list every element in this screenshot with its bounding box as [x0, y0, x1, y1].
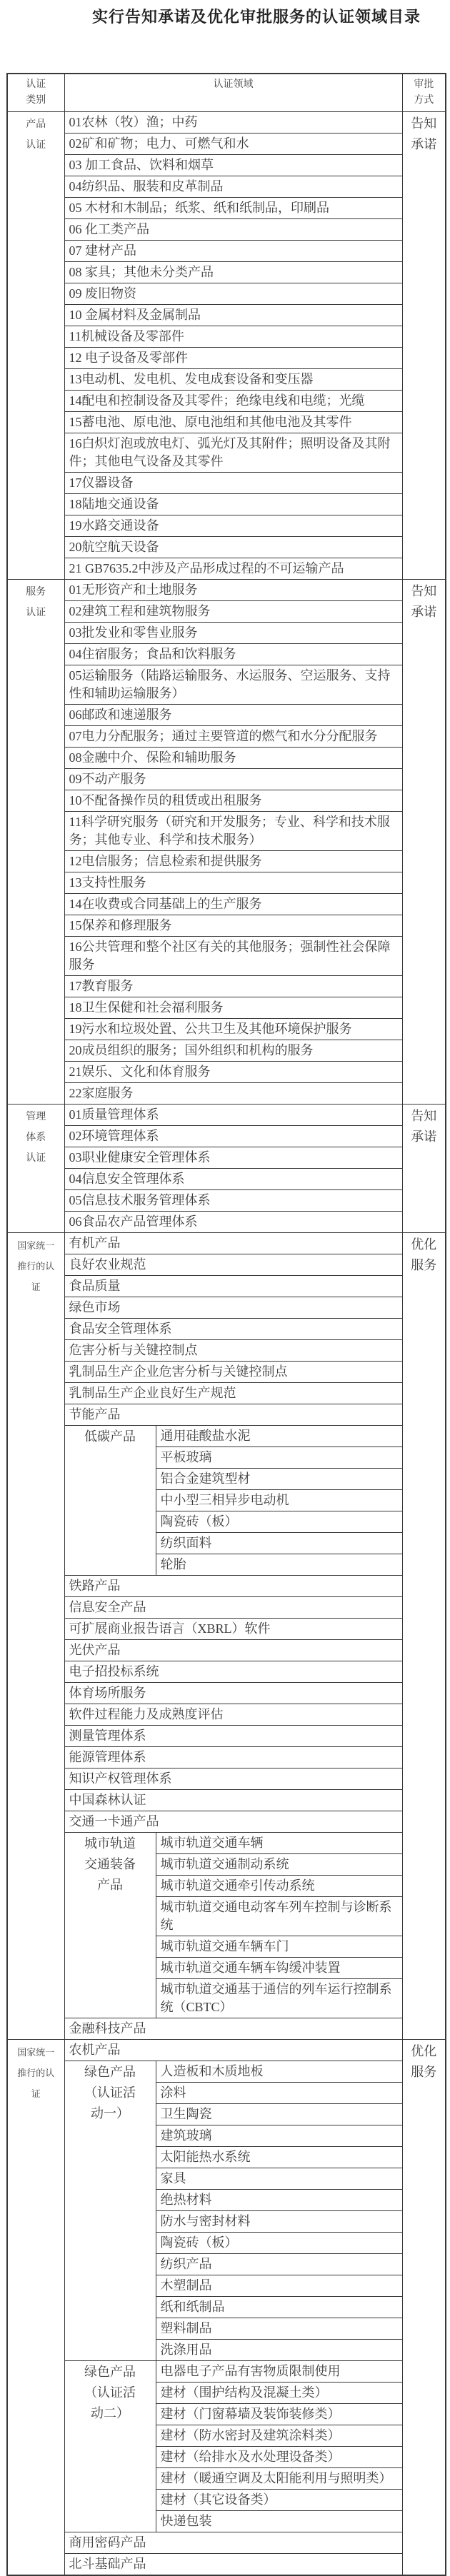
- group-item-cell: 轮胎: [156, 1554, 402, 1576]
- field-cell: 09 废旧物资: [64, 283, 402, 305]
- field-cell: 06食品农产品管理体系: [64, 1212, 402, 1233]
- group-label-cell: 低碳产品: [64, 1426, 156, 1576]
- group-item-cell: 建材（暖通空调及太阳能利用与照明类）: [156, 2468, 402, 2490]
- header-row: 认证类别 认证领域 审批方式: [7, 74, 446, 112]
- header-approval: 审批方式: [402, 74, 446, 112]
- category-label: 国家统一推行的认证: [16, 1235, 55, 1297]
- table-row: 04住宿服务；食品和饮料服务: [7, 644, 446, 665]
- table-row: 光伏产品: [7, 1640, 446, 1661]
- field-cell: 17仪器设备: [64, 473, 402, 494]
- group-item-cell: 人造板和木质地板: [156, 2061, 402, 2083]
- table-row: 06邮政和速递服务: [7, 705, 446, 726]
- field-cell: 金融科技产品: [64, 2018, 402, 2040]
- table-row: 02矿和矿物；电力、可燃气和水: [7, 134, 446, 155]
- field-cell: 16公共管理和整个社区有关的其他服务；强制性社会保障服务: [64, 937, 402, 976]
- field-cell: 15蓄电池、原电池、原电池组和其他电池及其零件: [64, 412, 402, 433]
- group-item-cell: 建材（防水密封及建筑涂料类）: [156, 2425, 402, 2447]
- field-cell: 01农林（牧）渔；中药: [64, 112, 402, 134]
- document-page: 实行告知承诺及优化审批服务的认证领域目录 认证类别 认证领域 审批方式 产品认证…: [0, 0, 450, 2576]
- field-cell: 农机产品: [64, 2040, 402, 2061]
- group-label: 城市轨道交通装备产品: [83, 1833, 137, 1896]
- table-row: 测量管理体系: [7, 1726, 446, 1747]
- field-cell: 21 GB7635.2中涉及产品形成过程的不可运输产品: [64, 558, 402, 580]
- field-cell: 05运输服务（陆路运输服务、水运服务、空运服务、支持性和辅助运输服务）: [64, 665, 402, 705]
- group-item-cell: 城市轨道交通制动系统: [156, 1854, 402, 1876]
- table-row: 03批发业和零售业服务: [7, 623, 446, 644]
- field-cell: 危害分析与关键控制点: [64, 1340, 402, 1362]
- table-row: 17仪器设备: [7, 473, 446, 494]
- table-row: 03 加工食品、饮料和烟草: [7, 155, 446, 176]
- group-item-cell: 城市轨道交通牵引传动系统: [156, 1876, 402, 1897]
- category-label: 服务认证: [25, 582, 46, 623]
- field-cell: 乳制品生产企业良好生产规范: [64, 1383, 402, 1404]
- category-cell: 产品认证: [7, 112, 64, 580]
- table-row: 城市轨道交通装备产品城市轨道交通车辆: [7, 1833, 446, 1854]
- approval-label: 告知承诺: [410, 114, 437, 155]
- field-cell: 食品质量: [64, 1276, 402, 1297]
- table-row: 良好农业规范: [7, 1254, 446, 1276]
- approval-cell: 告知承诺: [402, 1105, 446, 1233]
- group-item-cell: 卫生陶瓷: [156, 2104, 402, 2125]
- category-cell: 管理体系认证: [7, 1105, 64, 1233]
- field-cell: 07 建材产品: [64, 241, 402, 262]
- category-label: 管理体系认证: [25, 1107, 46, 1169]
- table-row: 13电动机、发电机、发电成套设备和变压器: [7, 369, 446, 391]
- field-cell: 02环境管理体系: [64, 1126, 402, 1147]
- table-row: 商用密码产品: [7, 2532, 446, 2554]
- field-cell: 体育场所服务: [64, 1683, 402, 1704]
- field-cell: 07电力分配服务；通过主要管道的燃气和水分分配服务: [64, 726, 402, 748]
- table-row: 16公共管理和整个社区有关的其他服务；强制性社会保障服务: [7, 937, 446, 976]
- field-cell: 有机产品: [64, 1233, 402, 1254]
- group-item-cell: 木塑制品: [156, 2275, 402, 2297]
- category-cell: 国家统一推行的认证: [7, 1233, 64, 2040]
- group-item-cell: 城市轨道交通电动客车列车控制与诊断系统: [156, 1897, 402, 1936]
- page-title: 实行告知承诺及优化审批服务的认证领域目录: [0, 0, 450, 27]
- table-row: 05信息技术服务管理体系: [7, 1190, 446, 1212]
- table-row: 服务认证01无形资产和土地服务告知承诺: [7, 580, 446, 601]
- field-cell: 10不配备操作员的租赁或出租服务: [64, 790, 402, 812]
- table-row: 食品安全管理体系: [7, 1319, 446, 1340]
- table-row: 13支持性服务: [7, 872, 446, 894]
- field-cell: 北斗基础产品: [64, 2554, 402, 2576]
- approval-label: 优化服务: [410, 2041, 437, 2083]
- header-field: 认证领域: [64, 74, 402, 112]
- field-cell: 10 金属材料及金属制品: [64, 305, 402, 326]
- table-row: 20航空航天设备: [7, 537, 446, 558]
- table-row: 21 GB7635.2中涉及产品形成过程的不可运输产品: [7, 558, 446, 580]
- group-item-cell: 建筑玻璃: [156, 2125, 402, 2147]
- field-cell: 11科学研究服务（研究和开发服务；专业、科学和技术服务；其他专业、科学和技术服务…: [64, 812, 402, 851]
- group-item-cell: 建材（其它设备类）: [156, 2490, 402, 2511]
- table-row: 05 木材和木制品；纸浆、纸和纸制品，印刷品: [7, 198, 446, 219]
- group-item-cell: 城市轨道交通车辆: [156, 1833, 402, 1854]
- table-row: 15保养和修理服务: [7, 915, 446, 937]
- field-cell: 电子招投标系统: [64, 1661, 402, 1683]
- field-cell: 信息安全产品: [64, 1597, 402, 1619]
- group-item-cell: 纺织产品: [156, 2254, 402, 2275]
- table-row: 08 家具；其他未分类产品: [7, 262, 446, 283]
- table-row: 节能产品: [7, 1404, 446, 1426]
- field-cell: 20航空航天设备: [64, 537, 402, 558]
- table-row: 金融科技产品: [7, 2018, 446, 2040]
- group-item-cell: 城市轨道交通车辆车门: [156, 1936, 402, 1958]
- field-cell: 14在收费或合同基础上的生产服务: [64, 894, 402, 915]
- table-row: 09不动产服务: [7, 769, 446, 790]
- field-cell: 12 电子设备及零部件: [64, 348, 402, 369]
- approval-cell: 优化服务: [402, 1233, 446, 2040]
- group-label: 绿色产品（认证活动一）: [83, 2062, 137, 2124]
- table-row: 22家庭服务: [7, 1083, 446, 1105]
- field-cell: 乳制品生产企业危害分析与关键控制点: [64, 1362, 402, 1383]
- field-cell: 知识产权管理体系: [64, 1769, 402, 1790]
- table-row: 11机械设备及零部件: [7, 326, 446, 348]
- group-item-cell: 城市轨道交通车辆车钩缓冲装置: [156, 1958, 402, 1979]
- field-cell: 21娱乐、文化和体育服务: [64, 1062, 402, 1083]
- field-cell: 05信息技术服务管理体系: [64, 1190, 402, 1212]
- field-cell: 03批发业和零售业服务: [64, 623, 402, 644]
- table-row: 知识产权管理体系: [7, 1769, 446, 1790]
- category-cell: 服务认证: [7, 580, 64, 1105]
- field-cell: 19污水和垃圾处置、公共卫生及其他环境保护服务: [64, 1019, 402, 1040]
- category-cell: 国家统一推行的认证: [7, 2040, 64, 2576]
- field-cell: 节能产品: [64, 1404, 402, 1426]
- field-cell: 商用密码产品: [64, 2532, 402, 2554]
- group-label: 绿色产品（认证活动二）: [83, 2362, 137, 2424]
- table-row: 软件过程能力及成熟度评估: [7, 1704, 446, 1726]
- table-row: 04纺织品、服装和皮革制品: [7, 176, 446, 198]
- group-label-cell: 城市轨道交通装备产品: [64, 1833, 156, 2018]
- field-cell: 中国森林认证: [64, 1790, 402, 1811]
- field-cell: 17教育服务: [64, 976, 402, 997]
- table-row: 20成员组织的服务；国外组织和机构的服务: [7, 1040, 446, 1062]
- table-row: 15蓄电池、原电池、原电池组和其他电池及其零件: [7, 412, 446, 433]
- approval-cell: 告知承诺: [402, 112, 446, 580]
- table-row: 17教育服务: [7, 976, 446, 997]
- table-row: 10不配备操作员的租赁或出租服务: [7, 790, 446, 812]
- table-row: 02环境管理体系: [7, 1126, 446, 1147]
- group-item-cell: 快递包装: [156, 2511, 402, 2532]
- field-cell: 18陆地交通设备: [64, 494, 402, 515]
- field-cell: 02矿和矿物；电力、可燃气和水: [64, 134, 402, 155]
- group-item-cell: 通用硅酸盐水泥: [156, 1426, 402, 1447]
- group-item-cell: 建材（给排水及水处理设备类）: [156, 2447, 402, 2468]
- field-cell: 12电信服务；信息检索和提供服务: [64, 851, 402, 872]
- table-row: 08金融中介、保险和辅助服务: [7, 748, 446, 769]
- table-row: 19污水和垃圾处置、公共卫生及其他环境保护服务: [7, 1019, 446, 1040]
- field-cell: 测量管理体系: [64, 1726, 402, 1747]
- table-row: 21娱乐、文化和体育服务: [7, 1062, 446, 1083]
- group-item-cell: 平板玻璃: [156, 1447, 402, 1469]
- group-item-cell: 家具: [156, 2168, 402, 2190]
- table-row: 03职业健康安全管理体系: [7, 1147, 446, 1169]
- table-row: 10 金属材料及金属制品: [7, 305, 446, 326]
- group-label-cell: 绿色产品（认证活动二）: [64, 2361, 156, 2532]
- table-row: 06 化工类产品: [7, 219, 446, 241]
- field-cell: 14配电和控制设备及其零件；绝缘电线和电缆；光缆: [64, 391, 402, 412]
- table-row: 02建筑工程和建筑物服务: [7, 601, 446, 623]
- field-cell: 04信息安全管理体系: [64, 1169, 402, 1190]
- field-cell: 02建筑工程和建筑物服务: [64, 601, 402, 623]
- field-cell: 04住宿服务；食品和饮料服务: [64, 644, 402, 665]
- header-field-label: 认证领域: [214, 77, 254, 93]
- field-cell: 光伏产品: [64, 1640, 402, 1661]
- table-row: 食品质量: [7, 1276, 446, 1297]
- table-row: 14配电和控制设备及其零件；绝缘电线和电缆；光缆: [7, 391, 446, 412]
- table-row: 18卫生保健和社会福利服务: [7, 997, 446, 1019]
- group-item-cell: 电器电子产品有害物质限制使用: [156, 2361, 402, 2383]
- category-label: 国家统一推行的认证: [16, 2042, 55, 2104]
- group-item-cell: 铝合金建筑型材: [156, 1469, 402, 1490]
- table-row: 国家统一推行的认证有机产品优化服务: [7, 1233, 446, 1254]
- table-row: 铁路产品: [7, 1576, 446, 1597]
- group-item-cell: 建材（门窗幕墙及装饰装修类）: [156, 2404, 402, 2425]
- table-row: 乳制品生产企业危害分析与关键控制点: [7, 1362, 446, 1383]
- header-category: 认证类别: [7, 74, 64, 112]
- field-cell: 19水路交通设备: [64, 515, 402, 537]
- certification-table: 认证类别 认证领域 审批方式 产品认证01农林（牧）渔；中药告知承诺02矿和矿物…: [6, 73, 446, 2576]
- group-item-cell: 中小型三相异步电动机: [156, 1490, 402, 1511]
- table-row: 乳制品生产企业良好生产规范: [7, 1383, 446, 1404]
- table-row: 11科学研究服务（研究和开发服务；专业、科学和技术服务；其他专业、科学和技术服务…: [7, 812, 446, 851]
- field-cell: 01质量管理体系: [64, 1105, 402, 1126]
- approval-label: 告知承诺: [410, 581, 437, 623]
- group-item-cell: 太阳能热水系统: [156, 2147, 402, 2168]
- approval-label: 优化服务: [410, 1234, 437, 1276]
- field-cell: 13支持性服务: [64, 872, 402, 894]
- field-cell: 良好农业规范: [64, 1254, 402, 1276]
- table-row: 体育场所服务: [7, 1683, 446, 1704]
- field-cell: 08金融中介、保险和辅助服务: [64, 748, 402, 769]
- table-row: 06食品农产品管理体系: [7, 1212, 446, 1233]
- group-item-cell: 纸和纸制品: [156, 2297, 402, 2318]
- field-cell: 11机械设备及零部件: [64, 326, 402, 348]
- table-row: 信息安全产品: [7, 1597, 446, 1619]
- table-row: 07电力分配服务；通过主要管道的燃气和水分分配服务: [7, 726, 446, 748]
- field-cell: 铁路产品: [64, 1576, 402, 1597]
- table-row: 交通一卡通产品: [7, 1811, 446, 1833]
- group-label: 低碳产品: [83, 1427, 137, 1447]
- table-row: 管理体系认证01质量管理体系告知承诺: [7, 1105, 446, 1126]
- field-cell: 03 加工食品、饮料和烟草: [64, 155, 402, 176]
- table-row: 北斗基础产品: [7, 2554, 446, 2576]
- field-cell: 能源管理体系: [64, 1747, 402, 1769]
- table-row: 14在收费或合同基础上的生产服务: [7, 894, 446, 915]
- field-cell: 05 木材和木制品；纸浆、纸和纸制品，印刷品: [64, 198, 402, 219]
- field-cell: 08 家具；其他未分类产品: [64, 262, 402, 283]
- group-item-cell: 陶瓷砖（板）: [156, 1511, 402, 1533]
- table-row: 16白炽灯泡或放电灯、弧光灯及其附件；照明设备及其附件；其他电气设备及其零件: [7, 433, 446, 473]
- field-cell: 18卫生保健和社会福利服务: [64, 997, 402, 1019]
- group-item-cell: 建材（围护结构及混凝土类）: [156, 2383, 402, 2404]
- group-label-cell: 绿色产品（认证活动一）: [64, 2061, 156, 2361]
- field-cell: 06 化工类产品: [64, 219, 402, 241]
- table-row: 低碳产品通用硅酸盐水泥: [7, 1426, 446, 1447]
- table-row: 能源管理体系: [7, 1747, 446, 1769]
- field-cell: 06邮政和速递服务: [64, 705, 402, 726]
- field-cell: 绿色市场: [64, 1297, 402, 1319]
- approval-cell: 告知承诺: [402, 580, 446, 1105]
- field-cell: 软件过程能力及成熟度评估: [64, 1704, 402, 1726]
- table-row: 18陆地交通设备: [7, 494, 446, 515]
- field-cell: 09不动产服务: [64, 769, 402, 790]
- group-item-cell: 纺织面料: [156, 1533, 402, 1554]
- table-row: 09 废旧物资: [7, 283, 446, 305]
- field-cell: 可扩展商业报告语言（XBRL）软件: [64, 1619, 402, 1640]
- field-cell: 交通一卡通产品: [64, 1811, 402, 1833]
- table-row: 可扩展商业报告语言（XBRL）软件: [7, 1619, 446, 1640]
- group-item-cell: 涂料: [156, 2083, 402, 2104]
- table-row: 19水路交通设备: [7, 515, 446, 537]
- header-category-label: 认证类别: [24, 77, 48, 109]
- field-cell: 13电动机、发电机、发电成套设备和变压器: [64, 369, 402, 391]
- group-item-cell: 塑料制品: [156, 2318, 402, 2340]
- field-cell: 16白炽灯泡或放电灯、弧光灯及其附件；照明设备及其附件；其他电气设备及其零件: [64, 433, 402, 473]
- group-item-cell: 防水与密封材料: [156, 2211, 402, 2233]
- table-row: 绿色市场: [7, 1297, 446, 1319]
- field-cell: 20成员组织的服务；国外组织和机构的服务: [64, 1040, 402, 1062]
- field-cell: 03职业健康安全管理体系: [64, 1147, 402, 1169]
- field-cell: 22家庭服务: [64, 1083, 402, 1105]
- group-item-cell: 城市轨道交通基于通信的列车运行控制系统（CBTC）: [156, 1979, 402, 2018]
- table-row: 07 建材产品: [7, 241, 446, 262]
- table-row: 国家统一推行的认证农机产品优化服务: [7, 2040, 446, 2061]
- field-cell: 食品安全管理体系: [64, 1319, 402, 1340]
- table-row: 中国森林认证: [7, 1790, 446, 1811]
- table-row: 04信息安全管理体系: [7, 1169, 446, 1190]
- header-approval-label: 审批方式: [411, 77, 436, 109]
- field-cell: 15保养和修理服务: [64, 915, 402, 937]
- table-row: 12 电子设备及零部件: [7, 348, 446, 369]
- approval-cell: 优化服务: [402, 2040, 446, 2576]
- table-row: 05运输服务（陆路运输服务、水运服务、空运服务、支持性和辅助运输服务）: [7, 665, 446, 705]
- table-row: 12电信服务；信息检索和提供服务: [7, 851, 446, 872]
- group-item-cell: 洗涤用品: [156, 2340, 402, 2361]
- field-cell: 04纺织品、服装和皮革制品: [64, 176, 402, 198]
- table-row: 危害分析与关键控制点: [7, 1340, 446, 1362]
- category-label: 产品认证: [25, 114, 46, 156]
- table-row: 绿色产品（认证活动二）电器电子产品有害物质限制使用: [7, 2361, 446, 2383]
- table-row: 产品认证01农林（牧）渔；中药告知承诺: [7, 112, 446, 134]
- table-row: 电子招投标系统: [7, 1661, 446, 1683]
- group-item-cell: 陶瓷砖（板）: [156, 2233, 402, 2254]
- approval-label: 告知承诺: [410, 1106, 437, 1147]
- group-item-cell: 绝热材料: [156, 2190, 402, 2211]
- table-row: 绿色产品（认证活动一）人造板和木质地板: [7, 2061, 446, 2083]
- field-cell: 01无形资产和土地服务: [64, 580, 402, 601]
